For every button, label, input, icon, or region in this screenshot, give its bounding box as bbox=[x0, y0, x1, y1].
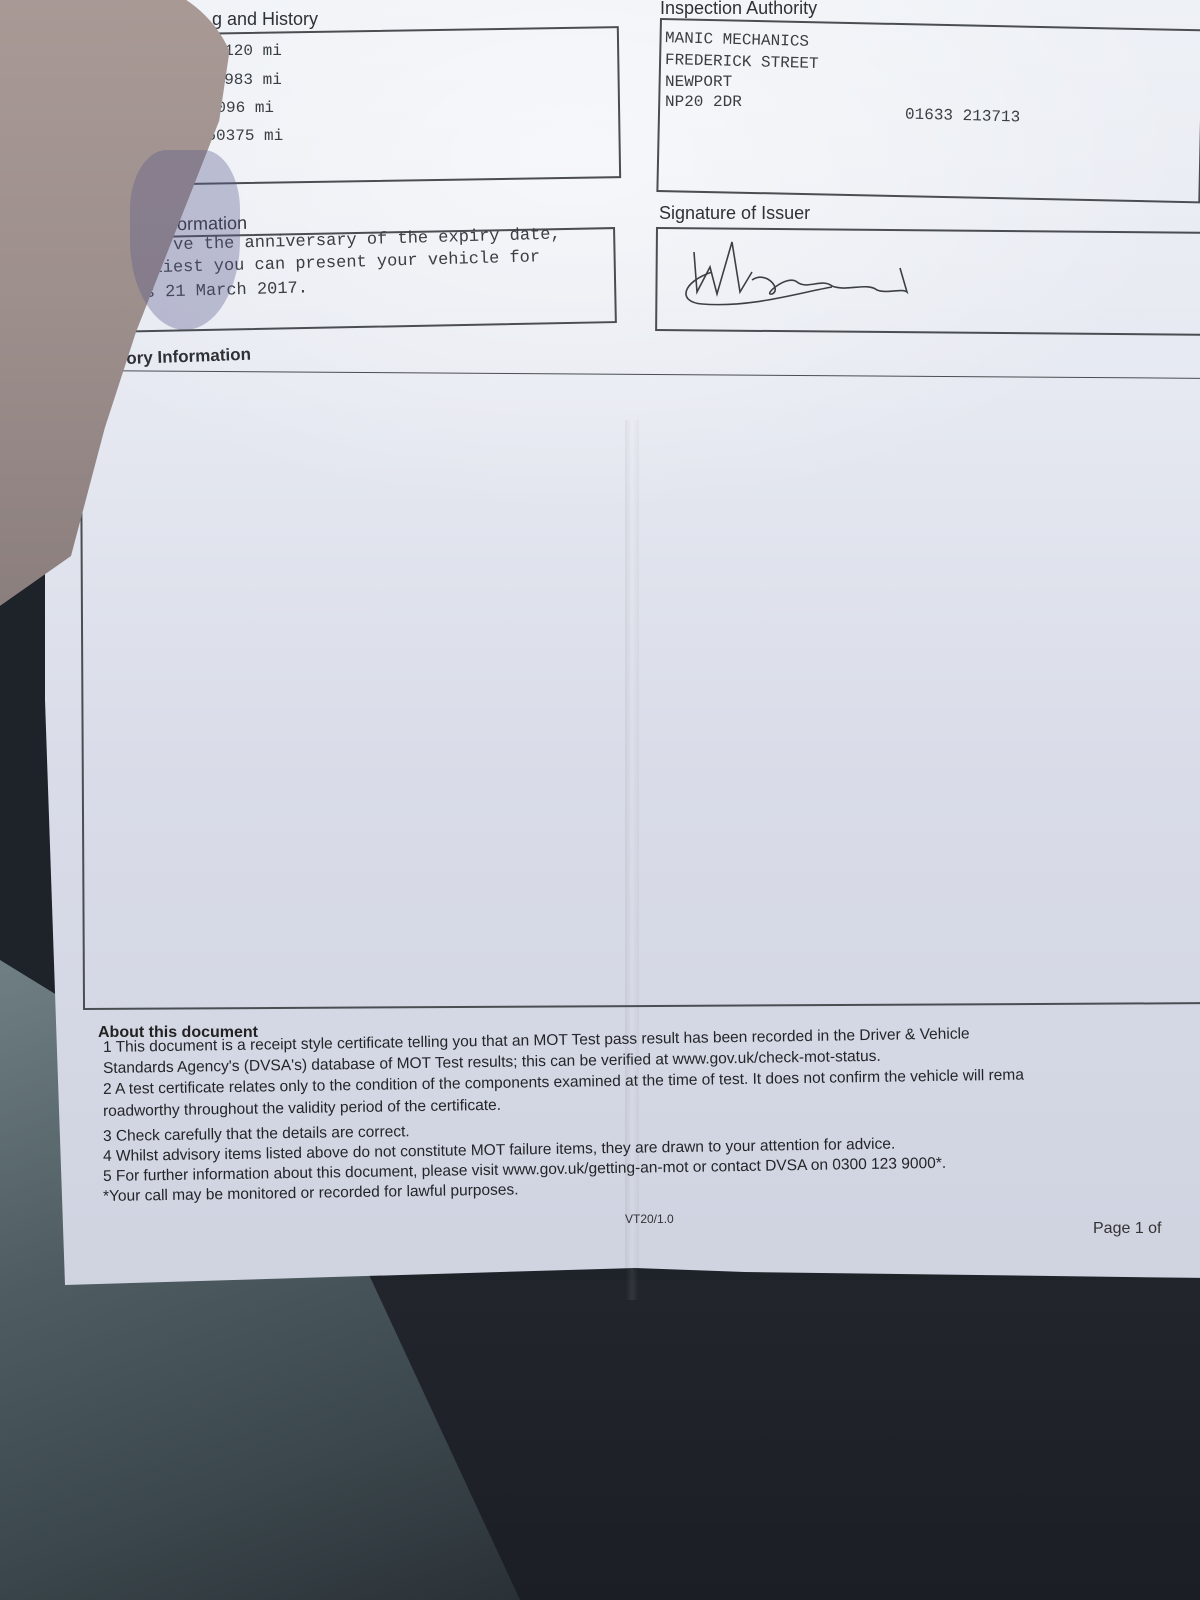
mileage-history-label: g and History bbox=[212, 9, 318, 30]
form-code: VT20/1.0 bbox=[625, 1212, 674, 1226]
inspection-authority-label: Inspection Authority bbox=[660, 0, 817, 19]
thumb-shadow bbox=[130, 150, 240, 330]
advisory-information-box bbox=[80, 426, 1200, 1010]
authority-phone: 01633 213713 bbox=[905, 105, 1021, 126]
authority-postcode: NP20 2DR bbox=[665, 93, 742, 111]
authority-name: MANIC MECHANICS bbox=[665, 29, 809, 51]
authority-town: NEWPORT bbox=[665, 73, 732, 91]
handwritten-signature-icon bbox=[672, 232, 922, 322]
signature-of-issuer-label: Signature of Issuer bbox=[659, 203, 810, 224]
page-indicator: Page 1 of bbox=[1093, 1220, 1162, 1238]
